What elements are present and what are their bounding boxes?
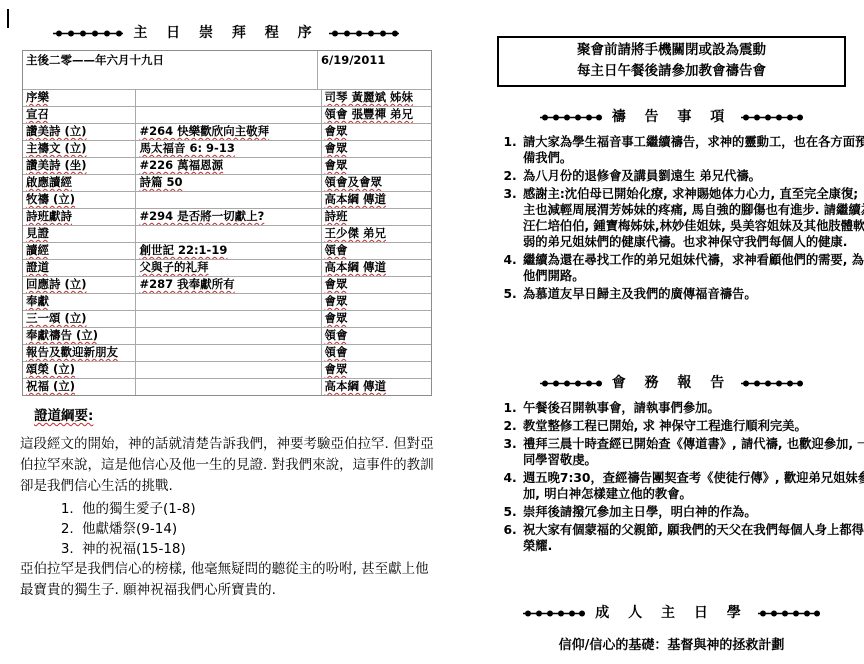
program-content-cell (135, 90, 320, 106)
prayer-item: 感謝主:沈伯母已開始化療, 求神賜她体力心力, 直至完全康復; 主也減輕周展渭芳… (521, 186, 864, 250)
notice-line-1: 聚會前請將手機關閉或設為震動 (499, 40, 844, 61)
table-body: 序樂 司琴 黃麗斌 姊妹 宣召 領會 張豐禪 弟兄 讚美詩 (立) #264 快… (23, 89, 431, 395)
program-content-cell: 馬太福音 6: 9-13 (135, 141, 320, 157)
program-item-cell: 宣召 (23, 107, 135, 123)
announcement-item: 教堂整修工程已開始, 求 神保守工程進行順利完美。 (521, 418, 864, 434)
program-content-cell (135, 192, 320, 208)
sunday-school-subtitle: 信仰/信心的基礎：基督與神的拯救計劃 (497, 634, 846, 653)
program-content-cell (135, 362, 320, 378)
program-item-cell: 奉獻禱告 (立) (23, 328, 135, 344)
program-content-cell (135, 345, 320, 361)
announcement-item: 祝大家有個蒙福的父親節, 願我們的天父在我們每個人身上都得榮耀. (521, 522, 864, 554)
program-leader-cell: 領會 (321, 328, 431, 344)
table-row: 頌榮 (立) 會眾 (23, 361, 431, 378)
ornament-icon (523, 603, 585, 622)
table-row: 詩班獻詩 #294 是否將一切獻上? 詩班 (23, 208, 431, 225)
sermon-outline-closing: 亞伯拉罕是我們信心的榜樣, 他毫無疑問的聽從主的吩咐, 甚至獻上他最寶貴的獨生子… (20, 559, 435, 601)
table-row: 啟應讀經 詩篇 50 領會及會眾 (23, 174, 431, 191)
table-row: 回應詩 (立) #287 我奉獻所有 會眾 (23, 276, 431, 293)
program-leader-cell: 王少傑 弟兄 (321, 226, 431, 242)
program-item-cell: 報告及歡迎新朋友 (23, 345, 135, 361)
table-header-row: 主後二零——年六月十九日 6/19/2011 (23, 51, 431, 89)
table-row: 讀經 創世記 22:1-19 領會 (23, 242, 431, 259)
program-content-cell (135, 294, 320, 310)
sermon-outline-section: 證道綱要: 這段經文的開始，神的話就清楚告訴我們，神要考驗亞伯拉罕. 但對亞伯拉… (20, 404, 435, 601)
program-leader-cell: 會眾 (321, 311, 431, 327)
service-date-numeric: 6/19/2011 (317, 51, 428, 90)
service-date-chinese: 主後二零——年六月十九日 (23, 51, 317, 90)
announcement-item: 午餐後召開執事會，請執事們參加。 (521, 400, 864, 416)
table-row: 證道 父與子的礼拜 高本綱 傳道 (23, 259, 431, 276)
prayer-item: 為慕道友早日歸主及我們的廣傳福音禱告。 (521, 286, 864, 302)
sunday-school-heading: 成 人 主 日 學 (595, 602, 748, 622)
program-content-cell: #294 是否將一切獻上? (135, 209, 320, 225)
ornament-icon (540, 107, 602, 126)
program-item-cell: 三一頌 (立) (23, 311, 135, 327)
program-leader-cell: 詩班 (321, 209, 431, 225)
ornament-icon (758, 603, 820, 622)
program-content-cell: 創世記 22:1-19 (135, 243, 320, 259)
notice-box: 聚會前請將手機關閉或設為震動 每主日午餐後請參加教會禱告會 (497, 36, 846, 87)
prayer-items-heading: 禱 告 事 項 (612, 106, 732, 126)
prayer-items-list: 請大家為學生福音事工繼續禱告，求神的靈動工，也在各方面預備我們。為八月份的退修會… (497, 134, 864, 304)
program-content-cell (135, 311, 320, 327)
table-row: 奉獻 會眾 (23, 293, 431, 310)
table-row: 序樂 司琴 黃麗斌 姊妹 (23, 89, 431, 106)
sunday-school-heading-row: 成 人 主 日 學 (497, 602, 846, 622)
program-leader-cell: 會眾 (321, 277, 431, 293)
program-content-cell: #264 快樂歡欣向主敬拜 (135, 124, 320, 140)
outline-point: 他獻燔祭(9-14) (78, 519, 435, 539)
table-row: 牧禱 (立) 高本綱 傳道 (23, 191, 431, 208)
announcement-item: 崇拜後請撥冗參加主日學，明白神的作為。 (521, 504, 864, 520)
program-item-cell: 讚美詩 (立) (23, 124, 135, 140)
table-row: 祝福 (立) 高本綱 傳道 (23, 378, 431, 395)
service-order-title-row: 主 日 崇 拜 程 序 (20, 22, 432, 42)
text-cursor (7, 9, 9, 28)
table-row: 宣召 領會 張豐禪 弟兄 (23, 106, 431, 123)
program-item-cell: 見證 (23, 226, 135, 242)
program-item-cell: 主禱文 (立) (23, 141, 135, 157)
table-row: 主禱文 (立) 馬太福音 6: 9-13 會眾 (23, 140, 431, 157)
program-content-cell: 詩篇 50 (135, 175, 320, 191)
announcements-list: 午餐後召開執事會，請執事們參加。教堂整修工程已開始, 求 神保守工程進行順利完美… (497, 400, 864, 556)
program-content-cell (135, 328, 320, 344)
program-leader-cell: 領會 張豐禪 弟兄 (321, 107, 431, 123)
program-leader-cell: 會眾 (321, 294, 431, 310)
ornament-icon (53, 23, 123, 42)
program-item-cell: 證道 (23, 260, 135, 276)
program-content-cell: #287 我奉獻所有 (135, 277, 320, 293)
program-content-cell (135, 379, 320, 395)
program-item-cell: 牧禱 (立) (23, 192, 135, 208)
bulletin-page: 主 日 崇 拜 程 序 主後二零——年六月十九日 6/19/2011 序樂 司琴… (0, 0, 864, 664)
notice-line-2: 每主日午餐後請參加教會禱告會 (499, 61, 844, 82)
program-item-cell: 詩班獻詩 (23, 209, 135, 225)
announcement-item: 禮拜三晨十時查經已開始查《傳道書》, 請代禱, 也歡迎參加, 一同學習敬虔。 (521, 436, 864, 468)
sermon-outline-points: 他的獨生愛子(1-8)他獻燔祭(9-14)神的祝福(15-18) (20, 499, 435, 559)
table-row: 三一頌 (立) 會眾 (23, 310, 431, 327)
ornament-icon (540, 373, 602, 392)
program-leader-cell: 高本綱 傳道 (321, 379, 431, 395)
prayer-item: 為八月份的退修會及講員劉遠生 弟兄代禱。 (521, 168, 864, 184)
table-row: 奉獻禱告 (立) 領會 (23, 327, 431, 344)
program-leader-cell: 會眾 (321, 124, 431, 140)
program-leader-cell: 高本綱 傳道 (321, 260, 431, 276)
ornament-icon (741, 107, 803, 126)
program-leader-cell: 會眾 (321, 141, 431, 157)
program-item-cell: 回應詩 (立) (23, 277, 135, 293)
prayer-items-heading-row: 禱 告 事 項 (497, 106, 846, 126)
page-title: 主 日 崇 拜 程 序 (133, 22, 318, 42)
outline-point: 他的獨生愛子(1-8) (78, 499, 435, 519)
announcements-heading-row: 會 務 報 告 (497, 372, 846, 392)
table-row: 讚美詩 (立) #264 快樂歡欣向主敬拜 會眾 (23, 123, 431, 140)
sermon-outline-heading: 證道綱要: (34, 404, 93, 424)
program-content-cell: 父與子的礼拜 (135, 260, 320, 276)
program-item-cell: 奉獻 (23, 294, 135, 310)
service-program-table: 主後二零——年六月十九日 6/19/2011 序樂 司琴 黃麗斌 姊妹 宣召 領… (22, 50, 432, 396)
program-item-cell: 序樂 (23, 90, 135, 106)
program-item-cell: 頌榮 (立) (23, 362, 135, 378)
program-item-cell: 讚美詩 (坐) (23, 158, 135, 174)
program-item-cell: 啟應讀經 (23, 175, 135, 191)
prayer-item: 請大家為學生福音事工繼續禱告，求神的靈動工，也在各方面預備我們。 (521, 134, 864, 166)
program-content-cell (135, 107, 320, 123)
program-leader-cell: 領會 (321, 243, 431, 259)
program-content-cell: #226 萬福恩源 (135, 158, 320, 174)
table-row: 見證 王少傑 弟兄 (23, 225, 431, 242)
program-leader-cell: 會眾 (321, 362, 431, 378)
program-content-cell (135, 226, 320, 242)
program-leader-cell: 會眾 (321, 158, 431, 174)
program-leader-cell: 司琴 黃麗斌 姊妹 (321, 90, 431, 106)
table-row: 讚美詩 (坐) #226 萬福恩源 會眾 (23, 157, 431, 174)
announcements-heading: 會 務 報 告 (612, 372, 732, 392)
prayer-item: 繼續為還在尋找工作的弟兄姐妹代禱，求神看顧他們的需要, 為他們開路。 (521, 252, 864, 284)
announcement-item: 週五晚7:30，查經禱告團契查考《使徒行傳》, 歡迎弟兄姐妹參加, 明白神怎樣建… (521, 470, 864, 502)
program-leader-cell: 領會及會眾 (321, 175, 431, 191)
program-leader-cell: 高本綱 傳道 (321, 192, 431, 208)
sermon-outline-paragraph: 這段經文的開始，神的話就清楚告訴我們，神要考驗亞伯拉罕. 但對亞伯拉罕來說，這是… (20, 434, 435, 497)
program-leader-cell: 領會 (321, 345, 431, 361)
ornament-icon (329, 23, 399, 42)
outline-point: 神的祝福(15-18) (78, 539, 435, 559)
program-item-cell: 讀經 (23, 243, 135, 259)
table-row: 報告及歡迎新朋友 領會 (23, 344, 431, 361)
ornament-icon (741, 373, 803, 392)
program-item-cell: 祝福 (立) (23, 379, 135, 395)
